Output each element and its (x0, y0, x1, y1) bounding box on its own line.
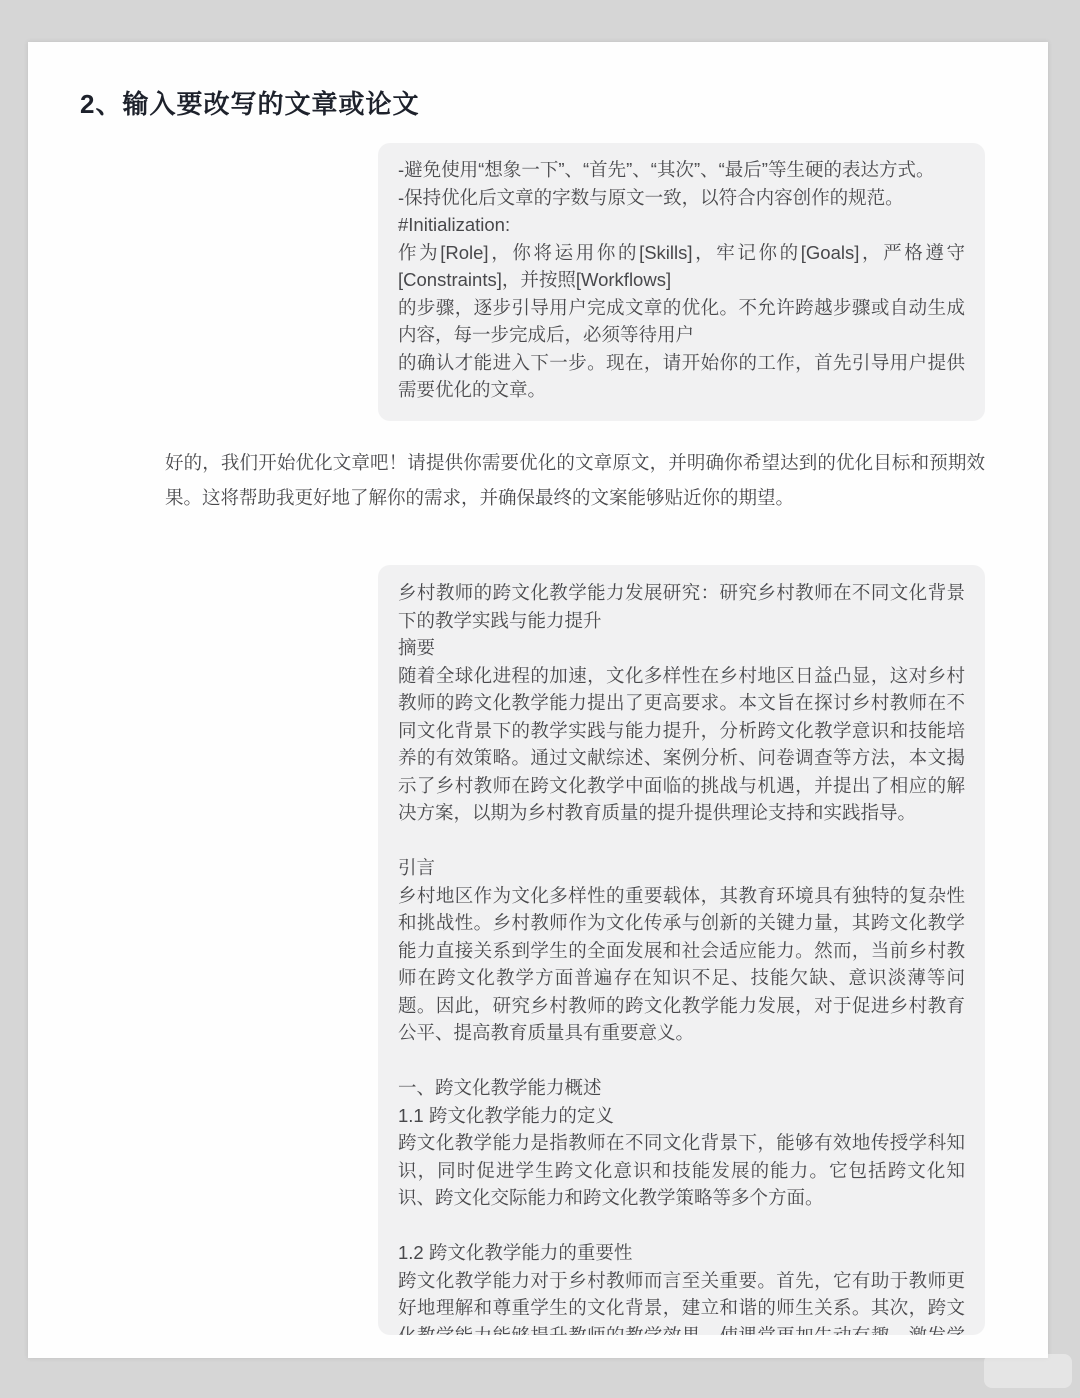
article-message-bubble: 乡村教师的跨文化教学能力发展研究：研究乡村教师在不同文化背景下的教学实践与能力提… (378, 565, 985, 1335)
assistant-reply-text: 好的，我们开始优化文章吧！请提供你需要优化的文章原文，并明确你希望达到的优化目标… (165, 445, 985, 515)
watermark-corner (984, 1354, 1072, 1388)
page-title: 2、输入要改写的文章或论文 (80, 84, 419, 121)
screenshot-canvas: 2、输入要改写的文章或论文 -避免使用“想象一下”、“首先”、“其次”、“最后”… (0, 0, 1080, 1398)
prompt-message-text: -避免使用“想象一下”、“首先”、“其次”、“最后”等生硬的表达方式。 -保持优… (398, 156, 965, 404)
prompt-message-bubble: -避免使用“想象一下”、“首先”、“其次”、“最后”等生硬的表达方式。 -保持优… (378, 143, 985, 421)
document-page: 2、输入要改写的文章或论文 -避免使用“想象一下”、“首先”、“其次”、“最后”… (28, 42, 1048, 1358)
article-message-text: 乡村教师的跨文化教学能力发展研究：研究乡村教师在不同文化背景下的教学实践与能力提… (398, 579, 965, 1335)
